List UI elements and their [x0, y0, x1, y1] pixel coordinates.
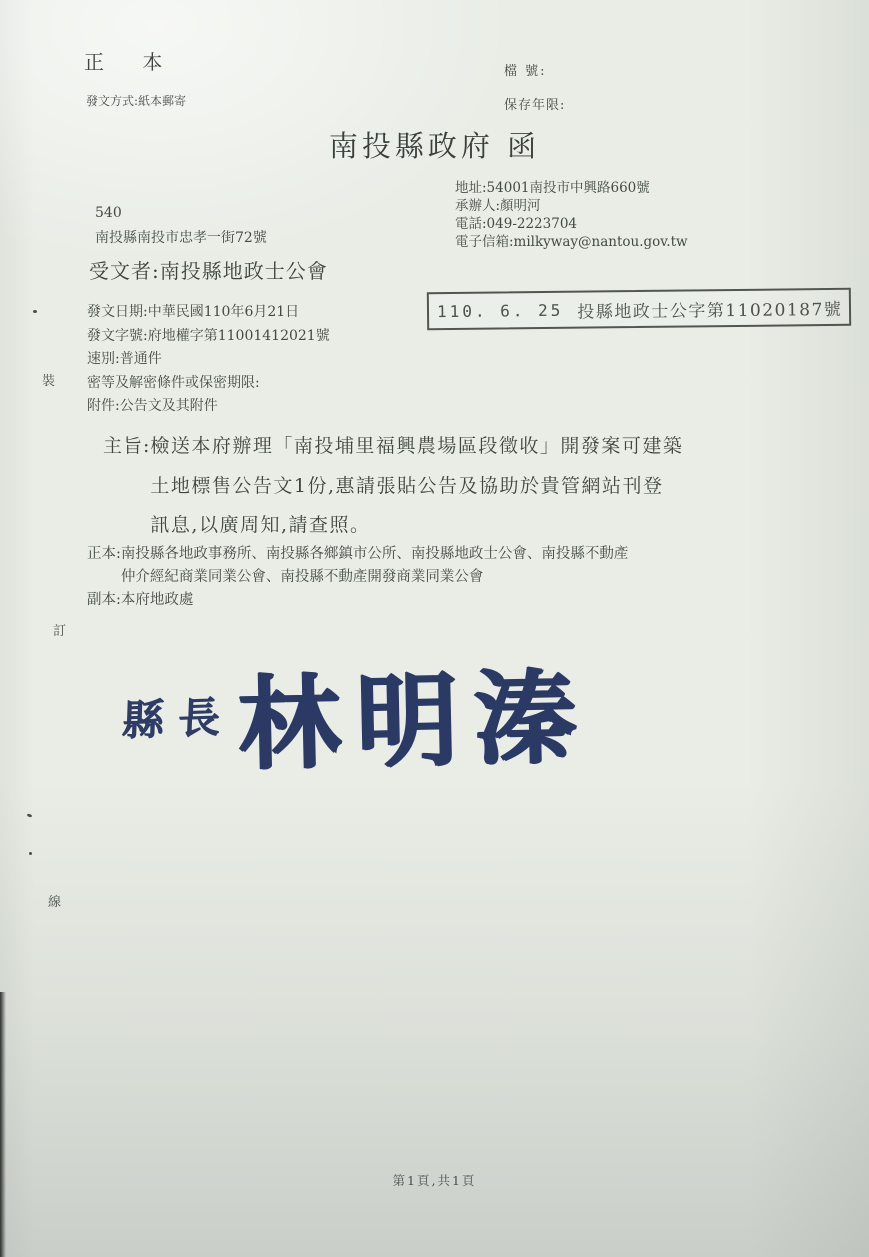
original-label: 正本: [87, 543, 121, 589]
contact-phone: 電話:049-2223704 [455, 215, 688, 233]
agency-contact-block: 地址:54001南投市中興路660號 承辦人:顏明河 電話:049-222370… [455, 179, 688, 251]
issue-date: 發文日期:中華民國110年6月21日 [87, 301, 330, 325]
copy-type-label: 正 本 [84, 46, 178, 75]
document-title: 南投縣政府 函 [0, 124, 869, 165]
subject-line: 土地標售公告文1份,惠請張貼公告及協助於貴管網站刊登 [150, 467, 683, 507]
contact-email: 電子信箱:milkyway@nantou.gov.tw [455, 233, 688, 251]
priority: 速別:普通件 [87, 348, 330, 372]
agency-address: 地址:54001南投市中興路660號 [455, 179, 688, 197]
original-recipients-line: 仲介經紀商業同業公會、南投縣不動產開發商業同業公會 [121, 566, 629, 589]
delivery-method: 發文方式:紙本郵寄 [86, 92, 186, 109]
signature-name: 林明溱 [237, 636, 594, 789]
document-meta-block: 發文日期:中華民國110年6月21日 發文字號:府地權字第11001412021… [87, 301, 330, 419]
cc-row: 副本: 本府地政處 [87, 589, 628, 612]
scan-speck [29, 852, 32, 855]
original-recipients-line: 南投縣各地政事務所、南投縣各鄉鎮市公所、南投縣地政士公會、南投縣不動產 [121, 543, 629, 566]
subject-line: 訊息,以廣周知,請查照。 [150, 506, 683, 546]
cc-label: 副本: [87, 589, 121, 612]
subject-text: 檢送本府辦理「南投埔里福興農場區段徵收」開發案可建築 土地標售公告文1份,惠請張… [150, 427, 683, 546]
binding-mark: 裝 [42, 370, 55, 389]
attachment-note: 附件:公告文及其附件 [87, 395, 330, 419]
contact-person: 承辦人:顏明河 [455, 197, 688, 215]
original-recipients: 南投縣各地政事務所、南投縣各鄉鎮市公所、南投縣地政士公會、南投縣不動產 仲介經紀… [121, 543, 629, 589]
issue-number: 發文字號:府地權字第11001412021號 [87, 325, 330, 349]
subject-block: 主旨: 檢送本府辦理「南投埔里福興農場區段徵收」開發案可建築 土地標售公告文1份… [103, 427, 683, 546]
subject-line: 檢送本府辦理「南投埔里福興農場區段徵收」開發案可建築 [150, 427, 683, 467]
signature-title: 縣長 [121, 684, 235, 748]
received-stamp-date: 110. 6. 25 [437, 300, 564, 320]
distribution-block: 正本: 南投縣各地政事務所、南投縣各鄉鎮市公所、南投縣地政士公會、南投縣不動產 … [87, 543, 628, 612]
received-stamp-number: 投縣地政士公字第11020187號 [577, 294, 842, 322]
recipient-line: 受文者:南投縣地政士公會 [89, 255, 328, 284]
retention-period-label: 保存年限: [504, 94, 565, 113]
scan-edge-shadow [0, 992, 6, 1257]
scanned-official-letter: 正 本 檔 號: 發文方式:紙本郵寄 保存年限: 南投縣政府 函 地址:5400… [0, 0, 869, 1257]
subject-label: 主旨: [103, 427, 150, 546]
recipient-zip: 540 [95, 205, 122, 221]
recipient-street-address: 南投縣南投市忠孝一街72號 [95, 227, 267, 247]
binding-mark: 線 [48, 891, 61, 910]
scan-speck [33, 310, 37, 313]
file-number-label: 檔 號: [504, 60, 547, 79]
cc-recipient: 本府地政處 [121, 589, 194, 612]
security-classification: 密等及解密條件或保密期限: [87, 372, 330, 396]
received-stamp: 110. 6. 25 投縣地政士公字第11020187號 [427, 288, 851, 330]
original-recipients-row: 正本: 南投縣各地政事務所、南投縣各鄉鎮市公所、南投縣地政士公會、南投縣不動產 … [87, 543, 628, 589]
page-number-footer: 第1頁,共1頁 [0, 1171, 869, 1189]
scan-speck [27, 813, 33, 818]
binding-mark: 訂 [53, 620, 66, 639]
